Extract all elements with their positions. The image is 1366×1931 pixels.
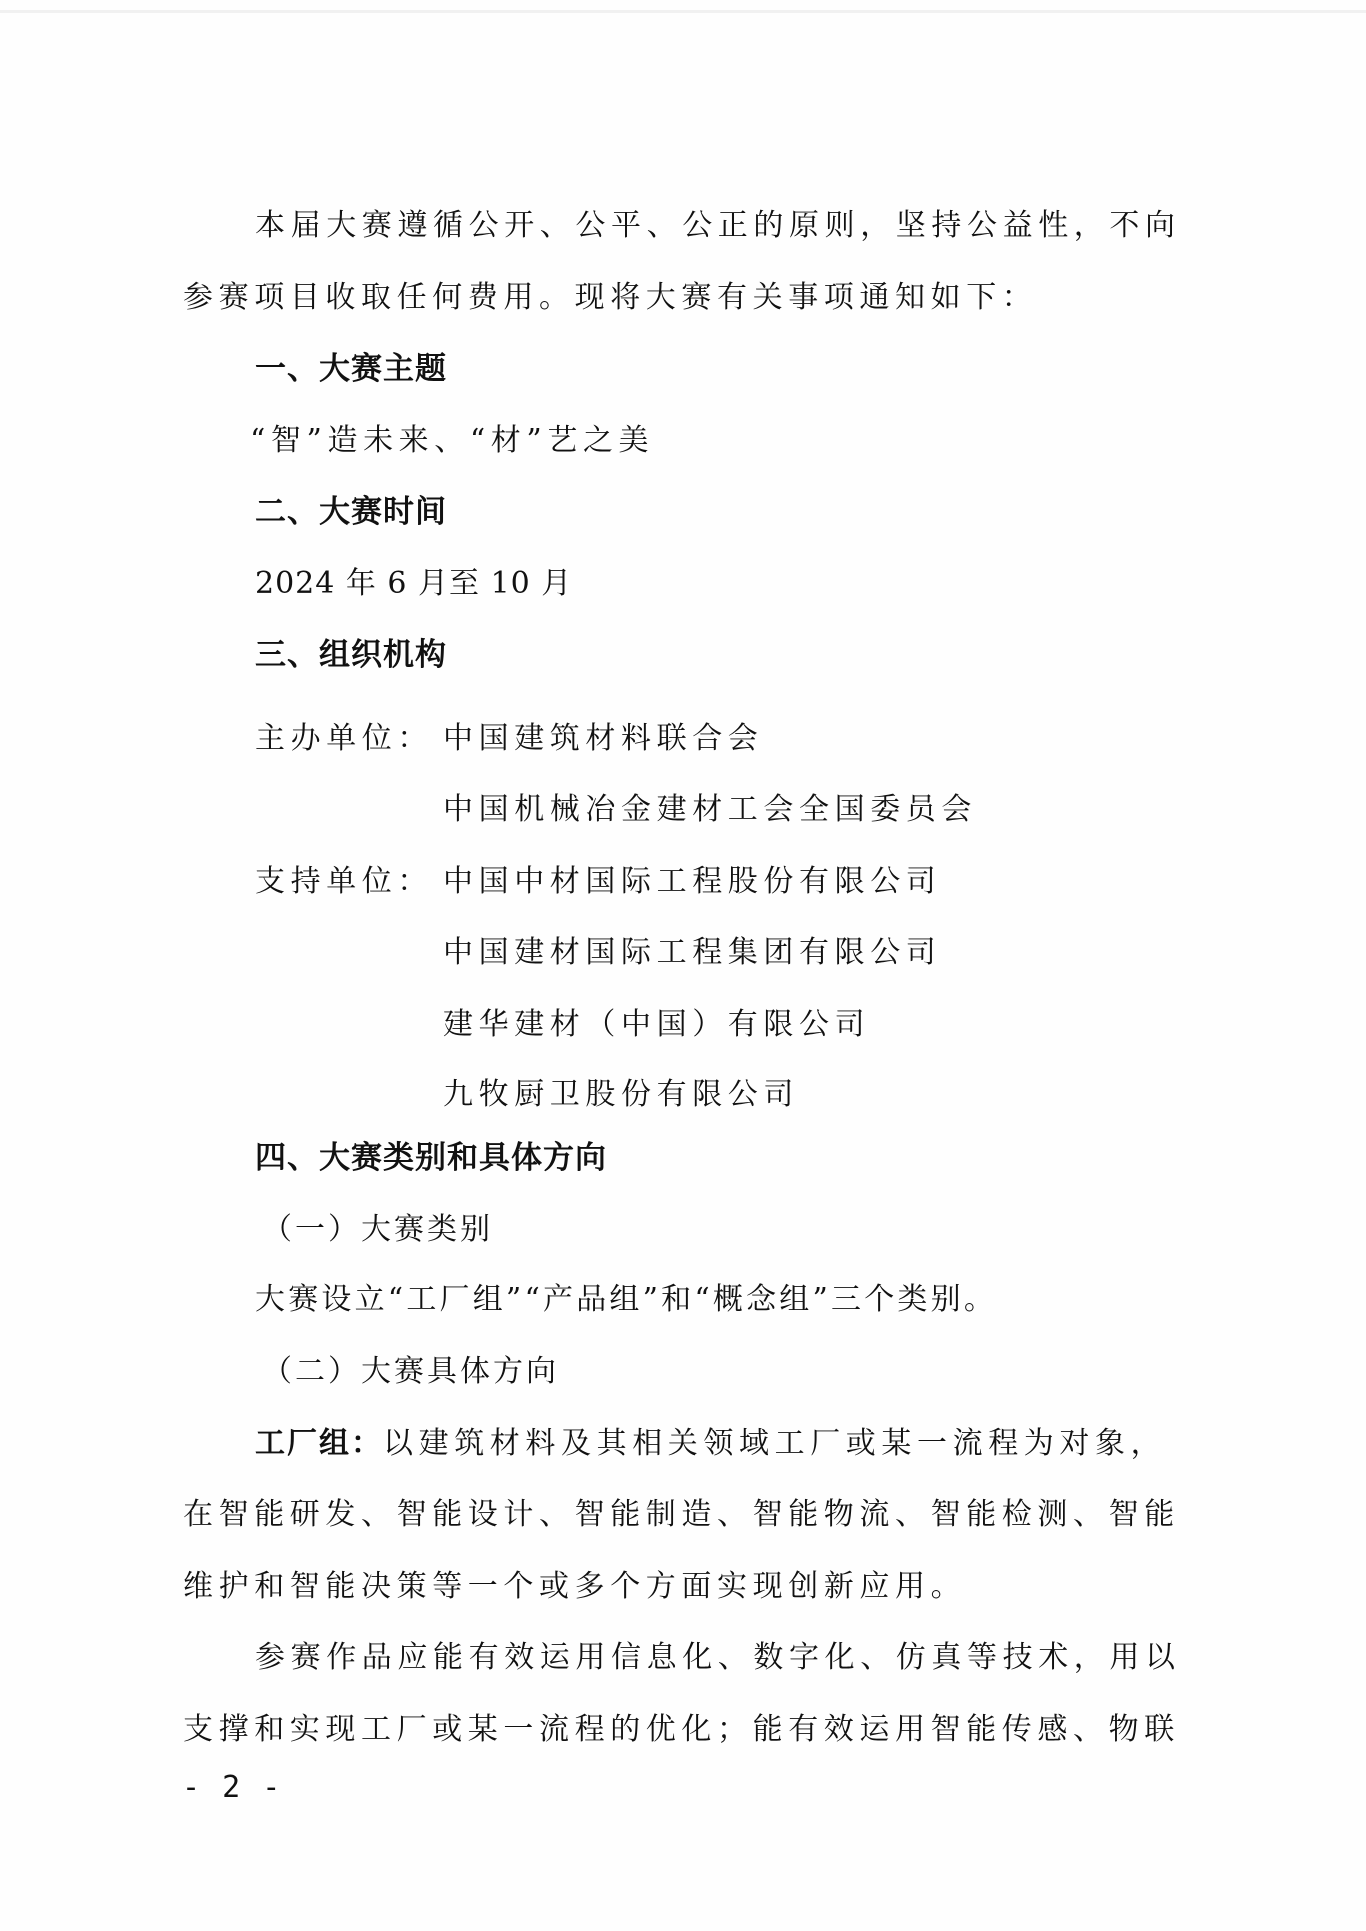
intro-line-1: 本届大赛遵循公开、公平、公正的原则，坚持公益性，不向: [255, 204, 1265, 248]
section-heading-organization: 三、组织机构: [255, 633, 1265, 677]
supporter-row-4: 九牧厨卫股份有限公司: [443, 1073, 1366, 1117]
supporter-row-1: 支持单位：中国中材国际工程股份有限公司: [255, 860, 1265, 904]
section-heading-time: 二、大赛时间: [255, 490, 1265, 534]
section-heading-theme: 一、大赛主题: [255, 347, 1265, 391]
theme-content: “智”造未来、“材”艺之美: [250, 419, 1260, 463]
supporter-row-3: 建华建材（中国）有限公司: [443, 1003, 1366, 1047]
document-page: 本届大赛遵循公开、公平、公正的原则，坚持公益性，不向 参赛项目收取任何费用。现将…: [0, 0, 1366, 1931]
factory-line-2: 在智能研发、智能设计、智能制造、智能物流、智能检测、智能: [183, 1493, 1193, 1537]
factory-req-line-2: 支撑和实现工厂或某一流程的优化；能有效运用智能传感、物联: [183, 1708, 1193, 1752]
page-number: - 2 -: [182, 1770, 282, 1806]
factory-label: 工厂组：: [255, 1426, 383, 1461]
host-row-2: 中国机械冶金建材工会全国委员会: [443, 788, 1366, 832]
supporter-name: 中国中材国际工程股份有限公司: [443, 864, 941, 899]
host-name: 中国建筑材料联合会: [443, 721, 763, 756]
section-heading-categories: 四、大赛类别和具体方向: [255, 1136, 1265, 1180]
intro-line-2: 参赛项目收取任何费用。现将大赛有关事项通知如下：: [183, 276, 1193, 320]
factory-text: 以建筑材料及其相关领域工厂或某一流程为对象，: [383, 1426, 1166, 1461]
subheading-category: （一）大赛类别: [262, 1208, 1272, 1252]
supporter-row-2: 中国建材国际工程集团有限公司: [443, 931, 1366, 975]
time-content: 2024 年 6 月至 10 月: [255, 562, 1265, 606]
scan-edge-artifact: [0, 10, 1366, 13]
host-label: 主办单位：: [255, 717, 443, 761]
support-label: 支持单位：: [255, 860, 443, 904]
factory-line-3: 维护和智能决策等一个或多个方面实现创新应用。: [183, 1565, 1193, 1609]
factory-line-1: 工厂组：以建筑材料及其相关领域工厂或某一流程为对象，: [255, 1422, 1265, 1466]
factory-req-line-1: 参赛作品应能有效运用信息化、数字化、仿真等技术，用以: [255, 1636, 1265, 1680]
host-row-1: 主办单位：中国建筑材料联合会: [255, 717, 1265, 761]
subheading-direction: （二）大赛具体方向: [262, 1350, 1272, 1394]
category-content: 大赛设立“工厂组”“产品组”和“概念组”三个类别。: [255, 1278, 1265, 1322]
